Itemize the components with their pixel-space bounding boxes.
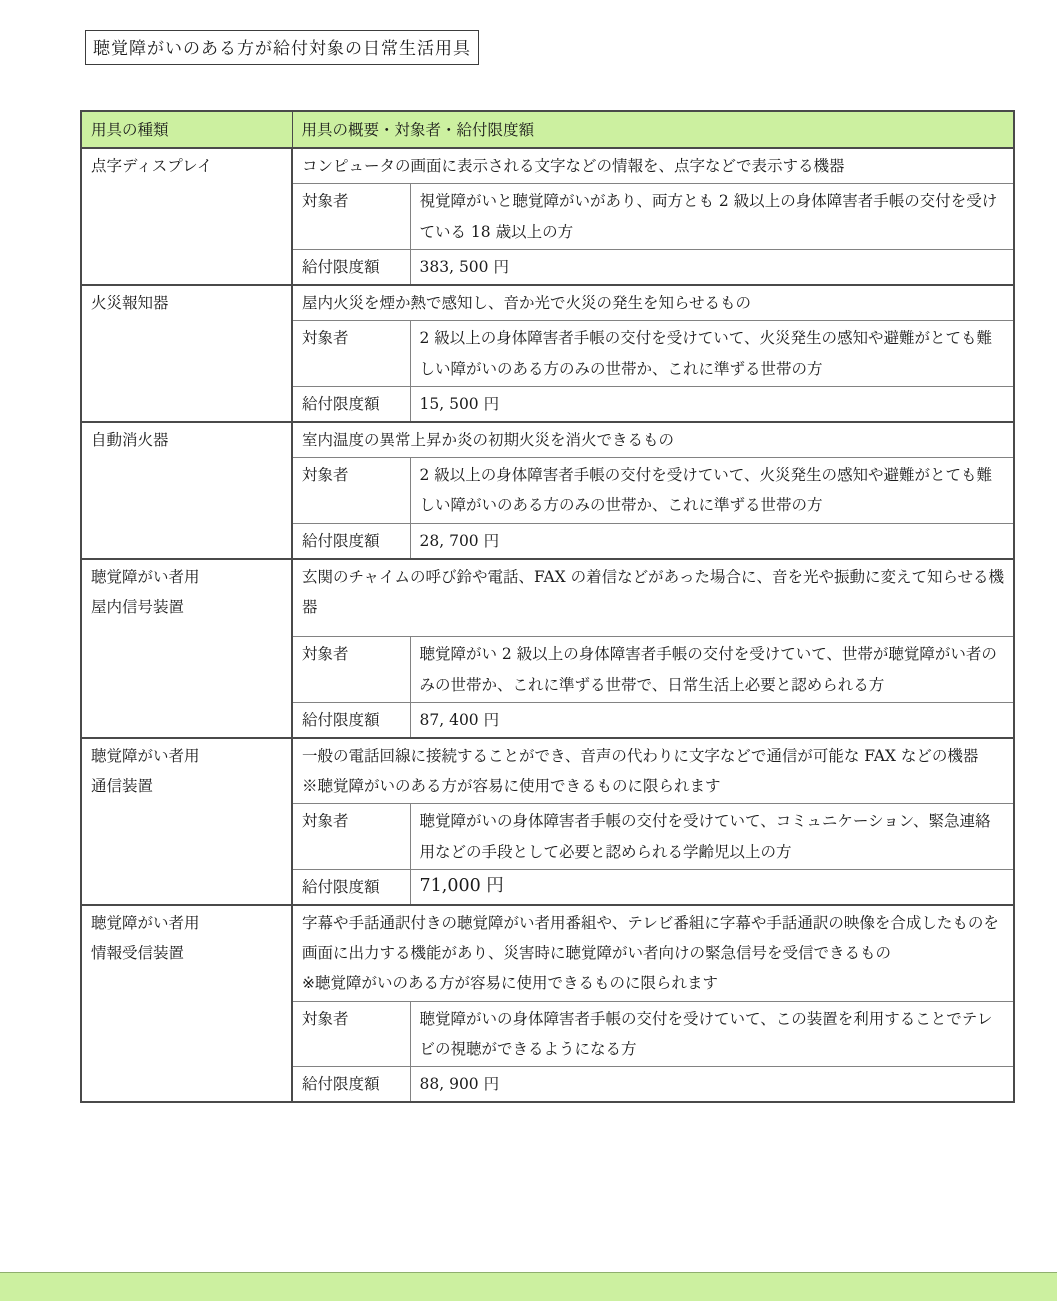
equipment-table: 用具の種類 用具の概要・対象者・給付限度額 点字ディスプレイ コンピュータの画面…: [80, 110, 1015, 1103]
target-label: 対象者: [292, 321, 410, 386]
target-value: 聴覚障がい 2 級以上の身体障害者手帳の交付を受けていて、世帯が聴覚障がい者のみ…: [410, 637, 1014, 702]
limit-label: 給付限度額: [292, 386, 410, 422]
equipment-overview: 字幕や手話通訳付きの聴覚障がい者用番組や、テレビ番組に字幕や手話通訳の映像を合成…: [292, 905, 1014, 1001]
target-value: 視覚障がいと聴覚障がいがあり、両方とも 2 級以上の身体障害者手帳の交付を受けて…: [410, 184, 1014, 249]
equipment-overview: 一般の電話回線に接続することができ、音声の代わりに文字などで通信が可能な FAX…: [292, 738, 1014, 804]
table-header-row: 用具の種類 用具の概要・対象者・給付限度額: [81, 111, 1014, 148]
limit-value: 88, 900 円: [410, 1067, 1014, 1103]
table-row: 火災報知器 屋内火災を煙か熱で感知し、音か光で火災の発生を知らせるもの: [81, 285, 1014, 321]
limit-value: 87, 400 円: [410, 702, 1014, 738]
limit-label: 給付限度額: [292, 1067, 410, 1103]
table-row: 聴覚障がい者用 通信装置 一般の電話回線に接続することができ、音声の代わりに文字…: [81, 738, 1014, 804]
limit-value: 28, 700 円: [410, 523, 1014, 559]
equipment-type: 点字ディスプレイ: [81, 148, 292, 285]
limit-label: 給付限度額: [292, 249, 410, 285]
limit-label: 給付限度額: [292, 523, 410, 559]
target-value: 2 級以上の身体障害者手帳の交付を受けていて、火災発生の感知や避難がとても難しい…: [410, 458, 1014, 523]
equipment-overview: 玄関のチャイムの呼び鈴や電話、FAX の着信などがあった場合に、音を光や振動に変…: [292, 559, 1014, 637]
target-value: 聴覚障がいの身体障害者手帳の交付を受けていて、この装置を利用することでテレビの視…: [410, 1001, 1014, 1066]
equipment-type: 自動消火器: [81, 422, 292, 559]
target-label: 対象者: [292, 184, 410, 249]
document-title: 聴覚障がいのある方が給付対象の日常生活用具: [85, 30, 479, 65]
target-label: 対象者: [292, 804, 410, 869]
table-row: 聴覚障がい者用 屋内信号装置 玄関のチャイムの呼び鈴や電話、FAX の着信などが…: [81, 559, 1014, 637]
equipment-type: 聴覚障がい者用 屋内信号装置: [81, 559, 292, 738]
equipment-overview: コンピュータの画面に表示される文字などの情報を、点字などで表示する機器: [292, 148, 1014, 184]
equipment-type: 火災報知器: [81, 285, 292, 422]
header-col-detail: 用具の概要・対象者・給付限度額: [292, 111, 1014, 148]
document-page: 聴覚障がいのある方が給付対象の日常生活用具 用具の種類 用具の概要・対象者・給付…: [80, 30, 1013, 1103]
equipment-type: 聴覚障がい者用 通信装置: [81, 738, 292, 905]
equipment-overview: 室内温度の異常上昇か炎の初期火災を消火できるもの: [292, 422, 1014, 458]
table-row: 点字ディスプレイ コンピュータの画面に表示される文字などの情報を、点字などで表示…: [81, 148, 1014, 184]
target-label: 対象者: [292, 458, 410, 523]
table-row: 自動消火器 室内温度の異常上昇か炎の初期火災を消火できるもの: [81, 422, 1014, 458]
limit-label: 給付限度額: [292, 869, 410, 905]
target-value: 聴覚障がいの身体障害者手帳の交付を受けていて、コミュニケーション、緊急連絡用など…: [410, 804, 1014, 869]
limit-value: 71,000 円: [410, 869, 1014, 905]
header-col-type: 用具の種類: [81, 111, 292, 148]
target-value: 2 級以上の身体障害者手帳の交付を受けていて、火災発生の感知や避難がとても難しい…: [410, 321, 1014, 386]
target-label: 対象者: [292, 637, 410, 702]
equipment-overview: 屋内火災を煙か熱で感知し、音か光で火災の発生を知らせるもの: [292, 285, 1014, 321]
limit-value: 15, 500 円: [410, 386, 1014, 422]
target-label: 対象者: [292, 1001, 410, 1066]
table-row: 聴覚障がい者用 情報受信装置 字幕や手話通訳付きの聴覚障がい者用番組や、テレビ番…: [81, 905, 1014, 1001]
limit-value: 383, 500 円: [410, 249, 1014, 285]
equipment-type: 聴覚障がい者用 情報受信装置: [81, 905, 292, 1102]
limit-label: 給付限度額: [292, 702, 410, 738]
next-table-header-peek-bar: [0, 1272, 1057, 1301]
